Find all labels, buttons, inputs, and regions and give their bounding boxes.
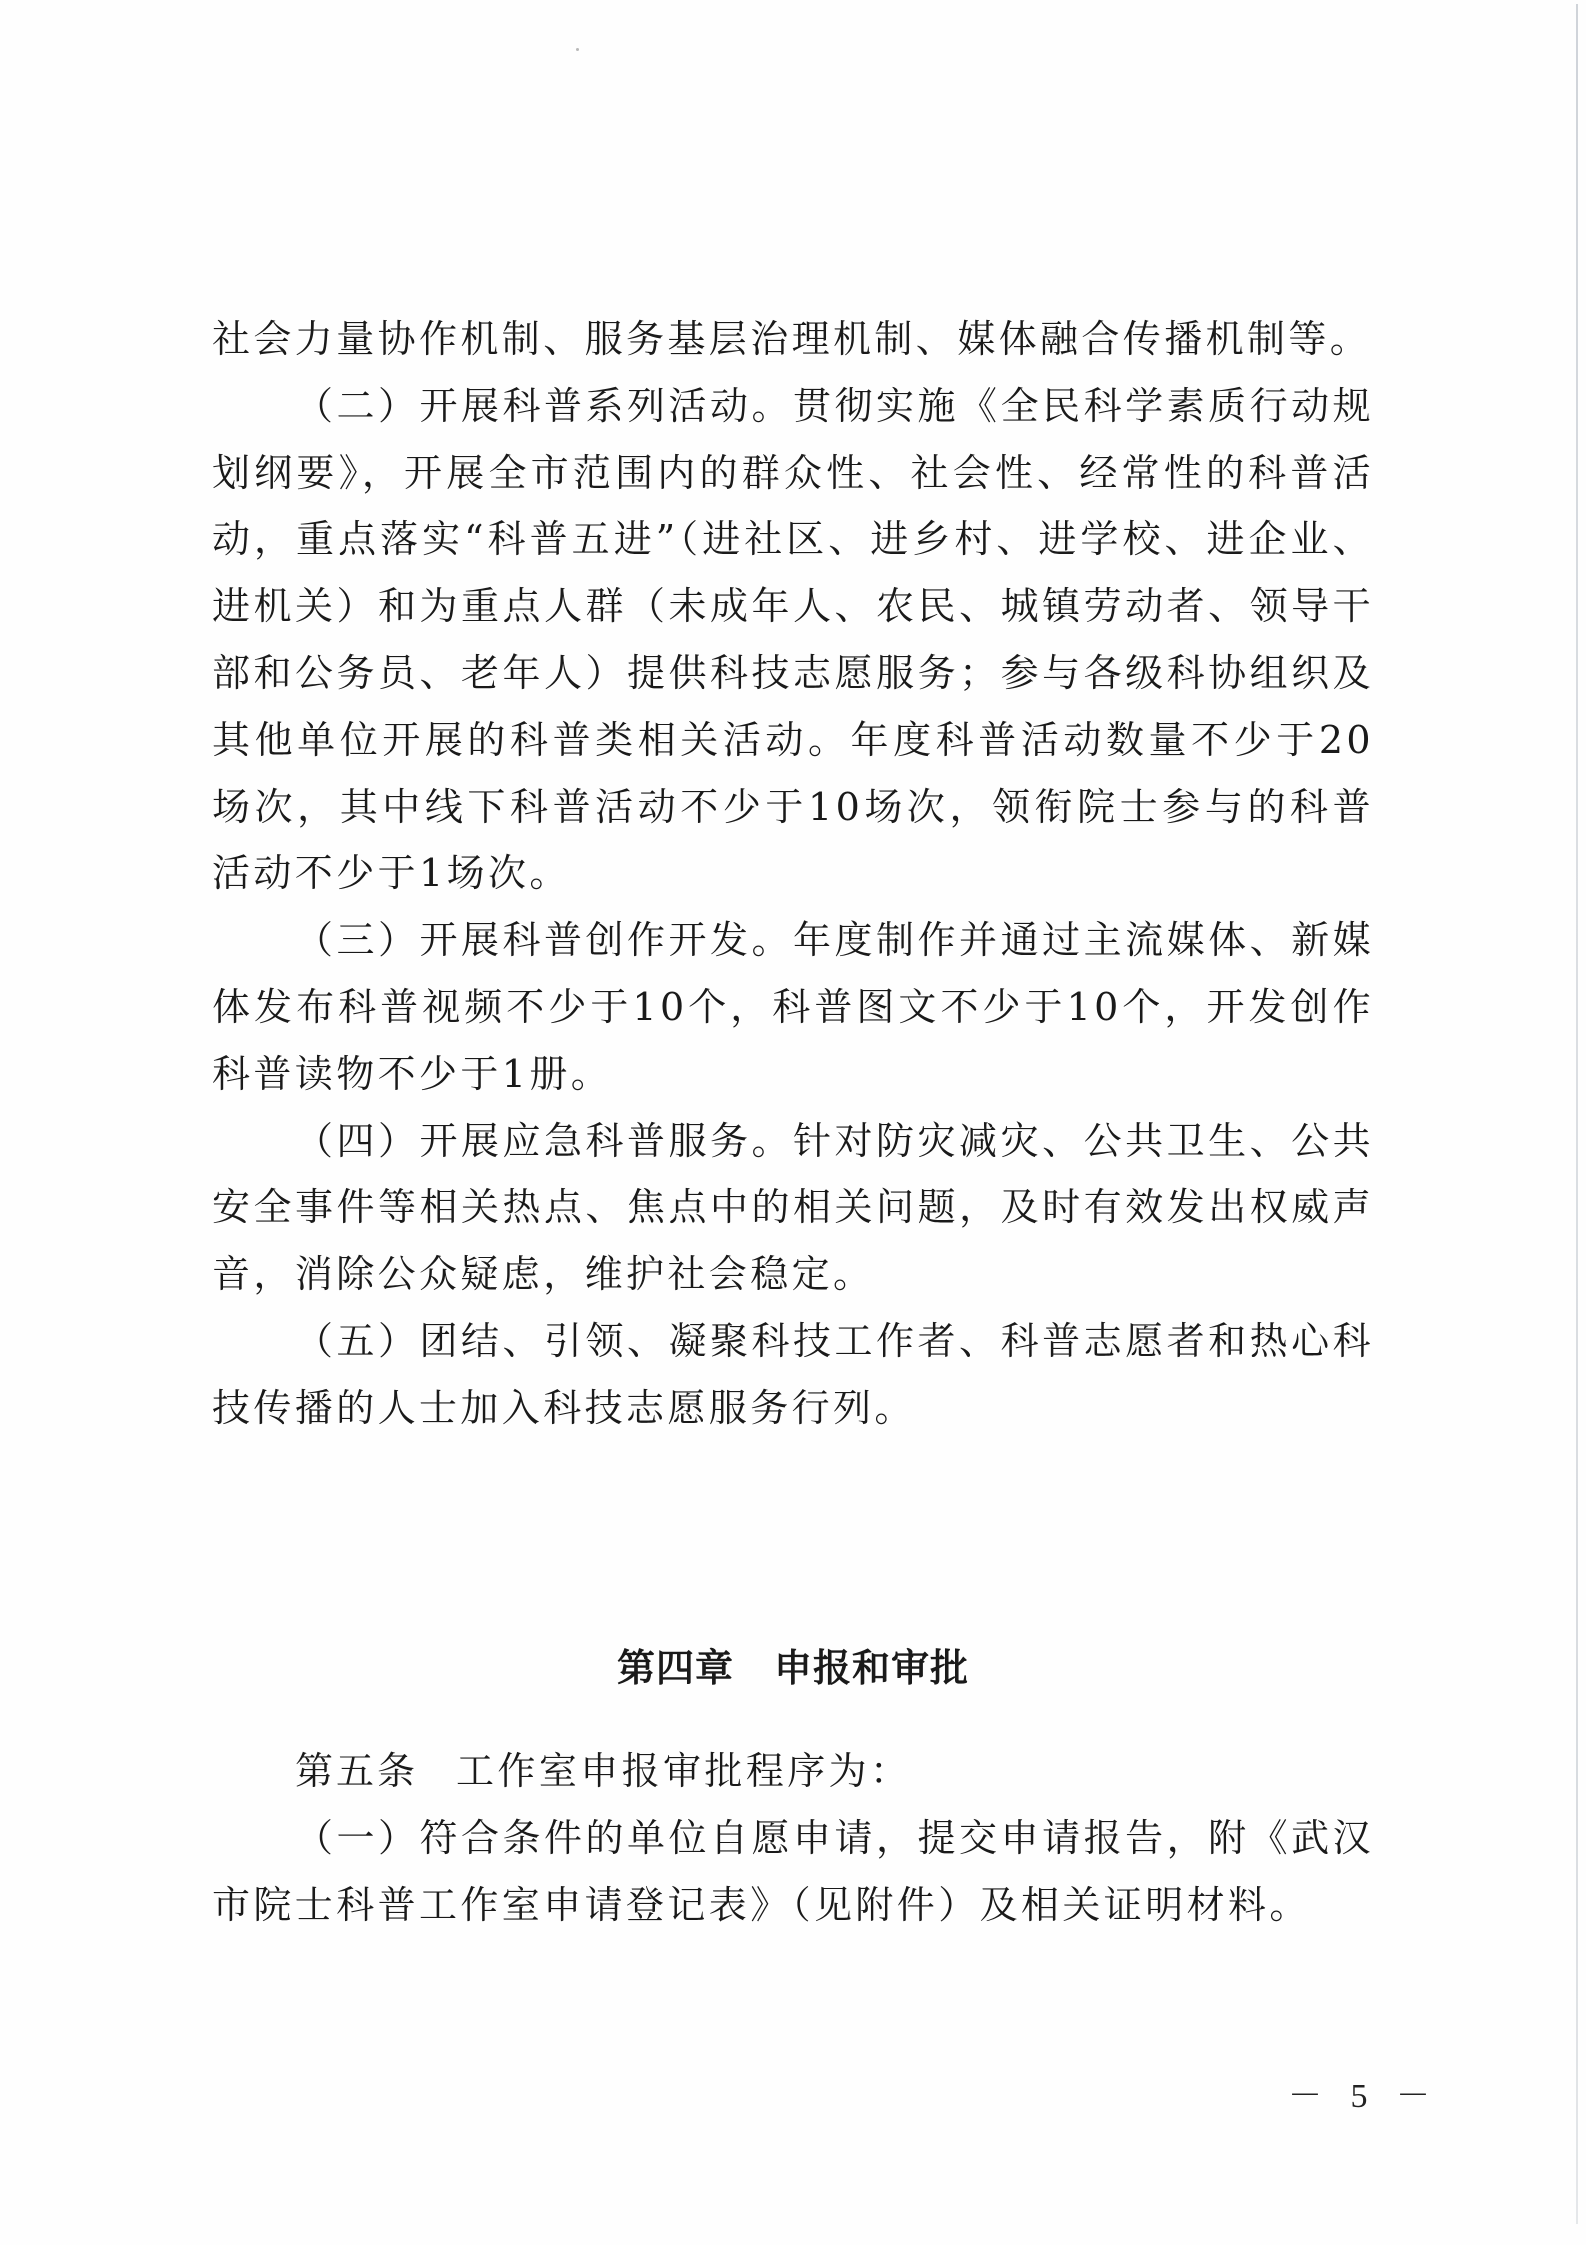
chapter-number: 第四章 (617, 1646, 734, 1690)
article-title: 第五条工作室申报审批程序为： (212, 1738, 1374, 1805)
article-block: 第五条工作室申报审批程序为： （一）符合条件的单位自愿申请，提交申请报告，附《武… (212, 1738, 1374, 1938)
paragraph-item-4: （四）开展应急科普服务。针对防灾减灾、公共卫生、公共安全事件等相关热点、焦点中的… (212, 1108, 1374, 1308)
paragraph-item-2: （二）开展科普系列活动。贯彻实施《全民科学素质行动规划纲要》，开展全市范围内的群… (212, 373, 1374, 907)
scan-speck (576, 48, 579, 51)
article-label: 第五条 (295, 1749, 418, 1793)
chapter-heading: 第四章申报和审批 (0, 1637, 1586, 1692)
paragraph-item-3: （三）开展科普创作开发。年度制作并通过主流媒体、新媒体发布科普视频不少于10个，… (212, 907, 1374, 1107)
document-page: 社会力量协作机制、服务基层治理机制、媒体融合传播机制等。 （二）开展科普系列活动… (0, 0, 1586, 2245)
paragraph-item-5: （五）团结、引领、凝聚科技工作者、科普志愿者和热心科技传播的人士加入科技志愿服务… (212, 1308, 1374, 1442)
page-number: － 5 － (1288, 2068, 1440, 2117)
body-text: 社会力量协作机制、服务基层治理机制、媒体融合传播机制等。 （二）开展科普系列活动… (212, 306, 1374, 1442)
chapter-title: 申报和审批 (774, 1646, 969, 1690)
article-item-1: （一）符合条件的单位自愿申请，提交申请报告，附《武汉市院士科普工作室申请登记表》… (212, 1805, 1374, 1939)
scan-edge-line (1576, 4, 1578, 2224)
article-title-text: 工作室申报审批程序为： (456, 1749, 911, 1793)
paragraph-continuation: 社会力量协作机制、服务基层治理机制、媒体融合传播机制等。 (212, 306, 1374, 373)
